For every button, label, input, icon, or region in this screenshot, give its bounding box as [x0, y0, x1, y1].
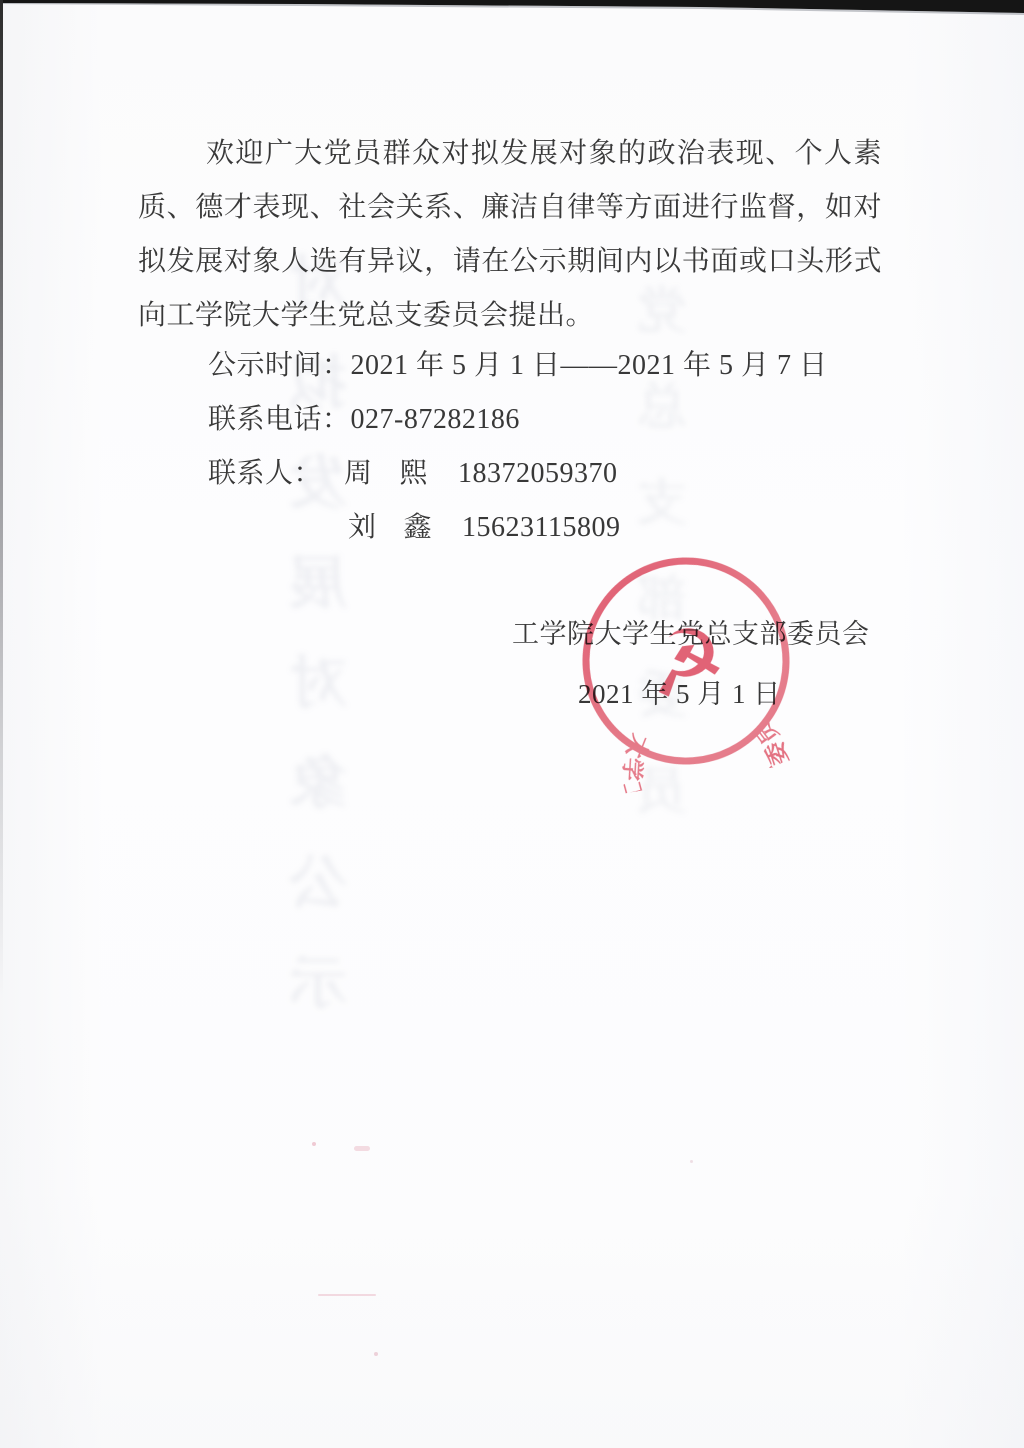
- contact-2-surname: 刘: [348, 501, 377, 555]
- contact-phone-line: 联系电话：027-87282186: [208, 393, 828, 447]
- scan-edge-left: [0, 0, 3, 1000]
- publicity-period-line: 公示时间：2021 年 5 月 1 日——2021 年 5 月 7 日: [208, 339, 828, 393]
- contact-1-surname: 周: [344, 447, 373, 501]
- issue-date: 2021 年 5 月 1 日: [578, 672, 781, 711]
- ink-speckle: [354, 1146, 370, 1151]
- scanned-document-page: 对拟发展对象公示 党总支部委员 欢迎广大党员群众对拟发展对象的政治表现、个人素质…: [0, 0, 1024, 1448]
- ink-speckle: [312, 1142, 316, 1146]
- ink-speckle: [374, 1352, 378, 1356]
- ink-speckle: [318, 1294, 376, 1296]
- ink-speckle: [690, 1160, 693, 1163]
- notice-paragraph: 欢迎广大党员群众对拟发展对象的政治表现、个人素质、德才表现、社会关系、廉洁自律等…: [138, 127, 882, 343]
- contact-1-given-name: 熙: [400, 447, 429, 501]
- contact-row-1: 联系人：周熙18372059370: [208, 447, 828, 501]
- seal-graphic: 大学工学院大学生党总支部委员会 ☭: [547, 522, 825, 800]
- scan-edge-top: [0, 0, 1024, 16]
- seal-rim-text-holder: 大学工学院大学生党总支部委员会: [547, 522, 808, 800]
- official-seal-stamp: 大学工学院大学生党总支部委员会 ☭: [547, 522, 825, 800]
- seal-outer-ring: [570, 545, 802, 777]
- seal-rim-text-path: [615, 704, 801, 800]
- contact-1-phone: 18372059370: [458, 447, 618, 501]
- contact-2-given-name: 鑫: [404, 501, 433, 555]
- notice-info-block: 公示时间：2021 年 5 月 1 日——2021 年 5 月 7 日 联系电话…: [208, 339, 828, 555]
- issuing-committee-signature: 工学院大学生党总支部委员会: [512, 612, 870, 651]
- contact-row-2: 刘鑫15623115809: [208, 501, 828, 555]
- contact-label: 联系人：: [208, 458, 322, 489]
- contact-2-phone: 15623115809: [462, 501, 620, 555]
- seal-rim-text: 大学工学院大学生党总支部委员会: [547, 522, 808, 800]
